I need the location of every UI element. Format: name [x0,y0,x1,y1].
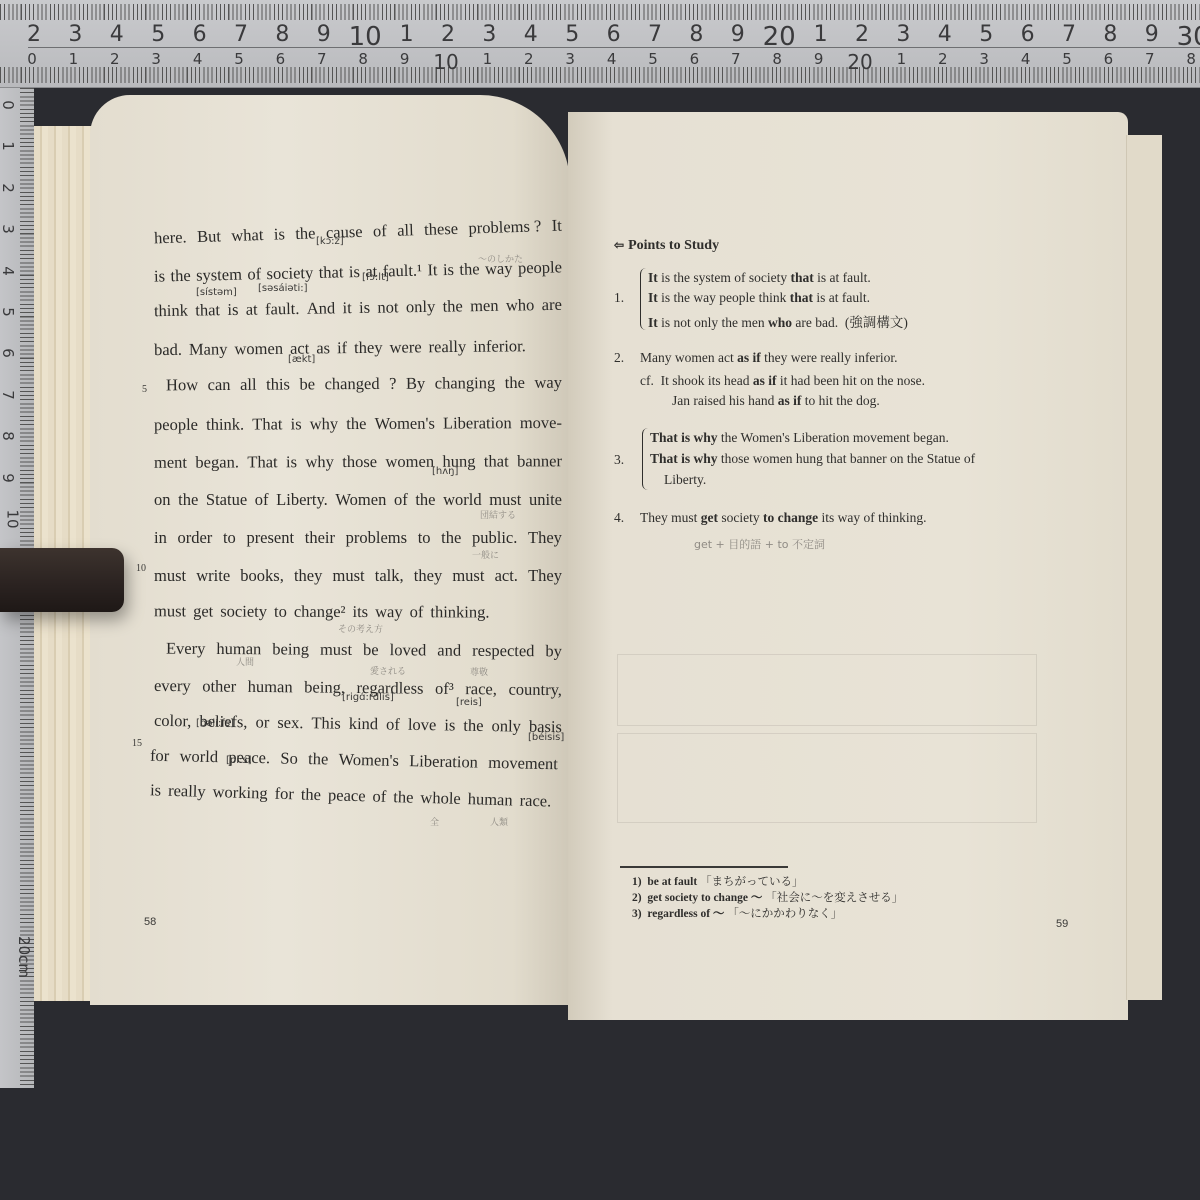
word: to [223,528,236,548]
word: get [193,601,213,621]
example-sentence: It is not only the men who are bad. (強調構… [648,311,908,331]
word: talk, [375,566,404,586]
word: change² [294,602,346,622]
word: unite [529,490,562,510]
word: public. [472,528,517,548]
page-number-right: 59 [1056,918,1068,930]
word: the [178,490,198,510]
ruler-top: 23456789101234567892012345678930 0123456… [0,0,1200,88]
example-sentence: cf. It shook its head as if it had been … [640,373,925,389]
ruler-number: 8 [358,50,368,68]
word: thinking. [430,602,489,622]
word: ? [389,374,396,394]
word: can [208,375,231,395]
word: Liberation [443,413,512,433]
word: must [154,566,186,586]
word: race. [519,791,551,812]
word: those [342,452,377,472]
word: of³ [435,679,454,699]
word: are [542,295,562,315]
ruler-number: 4 [524,22,538,47]
word: must [489,490,521,510]
ruler-number: 7 [731,50,741,68]
key-phrase: It [648,315,658,330]
ruler-number: 6 [193,22,207,47]
word: move- [520,413,562,433]
word: This [311,713,341,733]
word: way [534,373,562,393]
pron-regardless: [rigɑ́:rdlis] [342,692,394,703]
ruler-number: 1 [0,142,17,152]
ruler-number: 2 [855,22,869,47]
pron-fault: [fɔ:lt] [362,272,389,283]
showthrough-table [617,654,1037,726]
point-number: 2. [614,350,624,366]
example-sentence: That is why those women hung that banner… [650,451,975,467]
word: fault. [265,299,300,320]
word: sex. [277,713,303,733]
ruler-number: 4 [1021,50,1031,68]
word: its [352,602,368,622]
word: only [406,297,436,317]
word: country, [508,680,562,701]
ruler-ticks-bottom [0,67,1200,83]
word: the [301,785,322,806]
word: must [452,566,484,586]
word: And [307,298,336,318]
ruler-divider [28,47,1200,48]
word: changing [435,373,496,393]
key-phrase: who [768,315,792,330]
point-number: 1. [614,290,624,306]
ruler-number: 10 [349,22,382,52]
pron-cause: [kɔ:z] [316,236,344,247]
word: is [274,224,286,244]
ruler-number: 6 [0,349,17,359]
word: Women [335,490,386,510]
ruler-number: 2 [938,50,948,68]
footnote: 1) be at fault 「まちがっている」 [632,873,804,889]
footnote-number: 1) [632,876,647,888]
word: were [389,337,421,357]
ruler-number: 2 [524,50,534,68]
example-sentence: It is the way people think that is at fa… [648,290,870,306]
word: the [346,414,366,434]
sentence-text: to hit the dog. [801,393,879,408]
sentence-text: it had been hit on the nose. [776,373,924,388]
word: be [299,374,315,394]
pron-race: [reis] [456,697,482,708]
word: It [427,260,438,280]
key-phrase: get [701,510,718,525]
word: think. [206,415,244,435]
word: they [354,338,383,358]
word: human [248,677,293,697]
word: order [177,528,212,548]
word: only [491,716,521,736]
word: Many [189,339,228,359]
word: world [179,746,218,767]
pron-basis: [béisis] [528,732,564,743]
ruler-number: 2 [441,22,455,47]
sentence-text: They must [640,510,701,525]
footnote-gloss: 「～にかかわりなく」 [727,908,842,920]
ruler-number: 10 [4,509,22,528]
line-number-5: 5 [142,384,147,395]
word: By [406,374,425,394]
word: all [397,220,414,241]
ruler-number: 7 [0,390,17,400]
ruler-number: 6 [690,50,700,68]
word: for [274,784,294,805]
word: and [437,641,461,661]
word: Liberation [409,751,478,772]
pron-peace: [pi:s] [226,755,252,766]
key-phrase: as if [778,393,802,408]
binder-clip [0,548,124,612]
ruler-number: 3 [482,22,496,47]
word: women [234,339,283,360]
word: be [363,640,379,660]
text-line: Howcanallthisbechanged?Bychangingtheway [166,373,562,396]
word: of [410,602,424,622]
word: That [252,414,282,434]
ruler-number: 7 [234,22,248,47]
ruler-number: 0 [27,50,37,68]
word: of [373,221,387,241]
example-sentence: It is the system of society that is at f… [648,270,871,286]
word: is [359,298,370,318]
ruler-number: 7 [1062,22,1076,47]
ruler-number: 3 [565,50,575,68]
page-stack-right [1126,135,1162,1000]
word: that [484,451,509,471]
word: why [310,414,339,434]
example-sentence: Many women act as if they were really in… [640,350,898,366]
ruler-number: 9 [814,50,824,68]
example-sentence: That is why the Women's Liberation movem… [650,430,949,446]
word: people [518,257,562,278]
word: the [415,490,435,510]
pron-act: [ækt] [288,354,315,365]
ruler-number: 4 [0,266,17,276]
word: it [342,298,351,318]
sentence-text: is at fault. [813,290,870,305]
word: They [528,566,562,586]
brace [642,428,648,490]
footnote-term: regardless of ～ [647,908,727,920]
pron-beliefs: [bəlí:fs] [196,718,234,729]
ruler-number: 8 [1103,22,1117,47]
ruler-number: 9 [731,22,745,47]
ruler-number: 5 [151,22,165,47]
example-sentence: They must get society to change its way … [640,510,927,526]
word: peace [328,785,366,806]
sentence-text: Jan raised his hand [672,393,778,408]
pron-society: [səsáiəti:] [258,283,308,294]
word: problems [346,528,407,548]
word: in [154,528,167,548]
word: is [443,260,454,280]
word: of [386,714,400,734]
word: the [442,296,462,316]
word: on [154,490,171,510]
key-phrase: that [790,290,813,305]
ruler-number: 3 [0,224,17,234]
word: of [247,264,261,284]
word: But [197,226,221,247]
word: must [320,640,352,660]
footnote-number: 3) [632,908,647,920]
ruler-number: 4 [607,50,617,68]
ruler-number: 5 [648,50,658,68]
word: other [202,676,236,696]
word: this [266,375,290,395]
word: world [443,490,482,510]
word: banner [517,451,562,471]
sentence-text: the Women's Liberation movement began. [718,430,949,445]
word: to [274,602,287,622]
word: is [227,300,238,320]
text-line: peoplethink.ThatiswhytheWomen'sLiberatio… [154,413,562,435]
ruler-number: 1 [814,22,828,47]
word: is [150,780,162,800]
word: is [291,414,302,434]
word: ment [154,453,187,473]
sentence-text: is the system of society [658,270,791,285]
ruler-number: 9 [317,22,331,47]
word: They [528,528,562,548]
ruler-number: 2 [110,50,120,68]
text-line: ontheStatueofLiberty.Womenoftheworldmust… [154,490,562,510]
ruler-number: 8 [0,431,17,441]
ruler-number: 3 [896,22,910,47]
footnote-gloss: 「まちがっている」 [700,876,804,888]
word: society [220,602,267,622]
sentence-text: Liberty. [664,472,706,487]
word: began. [195,452,239,472]
word: really [168,781,206,802]
sentence-text: they were really inferior. [761,350,898,365]
key-phrase: That is why [650,451,718,466]
word: people [154,415,198,435]
word: of [255,490,269,510]
handwritten-note: 一般に [472,548,499,561]
point-number: 3. [614,452,624,468]
word: So [280,748,298,768]
word: all [240,375,257,395]
word: Liberty. [276,490,328,510]
word: the [441,528,461,548]
word: of [394,490,408,510]
word: bad. [154,340,182,360]
ruler-number: 5 [0,307,17,317]
word: their [305,528,335,548]
ruler-ticks-top [0,4,1200,20]
ruler-number: 10 [433,50,458,74]
point-number: 4. [614,510,624,526]
word: loved [390,640,427,660]
word: love [408,715,437,735]
word: books, [240,566,284,586]
handwritten-note: 尊敬 [470,665,488,678]
ruler-number: 20cm [15,936,33,978]
key-phrase: That is why [650,430,718,445]
ruler-number: 3 [151,50,161,68]
word: the [308,749,329,769]
word: How [166,375,198,395]
ruler-number: 7 [317,50,327,68]
text-line: mustwritebooks,theymusttalk,theymustact.… [154,566,562,586]
footnote-term: be at fault [647,876,700,888]
word: think [154,301,188,322]
ruler-number: 9 [1145,22,1159,47]
handwritten-note: 全 [430,815,439,828]
arrow-left-icon: ⇦ [614,238,624,252]
word: changed [325,374,380,394]
key-phrase: that [790,270,813,285]
word: working [212,782,268,804]
sentence-text: its way of thinking. [818,510,926,525]
key-phrase: to change [763,510,818,525]
word: Statue [206,490,247,510]
page-number-left: 58 [144,916,156,928]
word: whole [420,788,461,809]
word: is [444,715,455,735]
points-to-study-heading: ⇦Points to Study [614,238,719,254]
word: must [333,566,365,586]
word: they [414,566,442,586]
word: they [294,566,322,586]
word: problems ? [468,216,541,238]
footnote-number: 2) [632,892,647,904]
word: is [349,262,360,282]
word: present [246,528,294,548]
sentence-text: those women hung that banner on the Stat… [718,451,976,466]
word: write [196,566,230,586]
ruler-number: 1 [483,50,493,68]
word: movement [488,753,558,774]
ruler-number: 1 [69,50,79,68]
sentence-text: is at fault. [814,270,871,285]
ruler-number: 9 [0,473,17,483]
ruler-number: 9 [400,50,410,68]
ruler-number: 5 [979,22,993,47]
word: women [385,452,434,472]
word: that [195,300,220,320]
word: kind [349,714,379,734]
word: Women's [374,414,434,434]
word: every [154,676,191,696]
word: these [424,219,459,240]
word: society [266,263,313,284]
brace [640,268,646,330]
word: being, [304,677,345,697]
word: human [467,789,512,810]
ruler-number: 1 [897,50,907,68]
word: inferior. [473,336,526,357]
handwritten-note: 人類 [490,815,508,828]
ruler-number: 2 [0,183,17,193]
handwritten-note: その考え方 [338,622,383,635]
ruler-number: 5 [565,22,579,47]
showthrough-table [617,733,1037,823]
ruler-number: 0 [0,100,17,110]
word: way [375,602,403,622]
text-line: mustgetsocietytochange²itswayofthinking. [154,601,562,622]
word: the [463,716,483,736]
text-line: inordertopresenttheirproblemstothepublic… [154,528,562,548]
word: to [418,528,431,548]
word: why [305,452,333,472]
word: at [246,300,258,320]
word: men [470,296,499,316]
word: or [255,712,269,732]
sentence-text: is not only the men [658,315,768,330]
word: That [247,452,277,472]
ruler-number: 6 [607,22,621,47]
word: for [150,746,170,766]
footnote-term: get society to change ～ [647,892,765,904]
ruler-number: 3 [68,22,82,47]
word: is [286,452,297,472]
ruler-number: 1 [400,22,414,47]
word: act. [495,566,518,586]
text-line: mentbegan.Thatiswhythosewomenhungthatban… [154,451,562,472]
sentence-text: cf. It shook its head [640,373,753,388]
sentence-text: society [718,510,763,525]
ruler-number: 5 [234,50,244,68]
ruler-number: 8 [772,50,782,68]
word: the [170,266,191,286]
word: as [316,338,330,358]
pron-hung: [hʌŋ] [432,466,458,477]
footnote-rule [620,866,788,868]
handwritten-note: 〜のしかた [478,252,523,265]
word: the [295,223,316,244]
word: by [545,641,562,661]
word: what [231,225,264,246]
line-number-10: 10 [136,563,146,574]
sentence-text: are bad. (強調構文) [792,315,908,330]
word: It [551,216,562,236]
word: of [372,787,386,807]
ruler-number: 8 [1186,50,1196,68]
word: if [337,338,347,358]
word: color, [154,711,192,732]
word: must [154,601,186,621]
example-sentence: Liberty. [664,472,706,488]
ruler-number: 30 [1177,22,1200,52]
word: here. [154,227,187,248]
key-phrase: It [648,290,658,305]
ruler-number: 4 [193,50,203,68]
footnote: 2) get society to change ～ 「社会に～を変えさせる」 [632,889,903,905]
ruler-number: 4 [938,22,952,47]
text-line: bad.Manywomenactasiftheywerereallyinferi… [154,336,562,360]
word: Women's [338,750,399,771]
word: the [393,787,414,808]
key-phrase: as if [753,373,777,388]
ruler-number: 4 [110,22,124,47]
ruler-number: 2 [27,22,41,47]
word: that [319,262,344,283]
sentence-text: is the way people think [658,290,790,305]
pron-system: [sístəm] [196,287,237,298]
word: who [506,295,535,315]
ruler-number: 20 [847,50,872,74]
word: system [196,265,242,286]
